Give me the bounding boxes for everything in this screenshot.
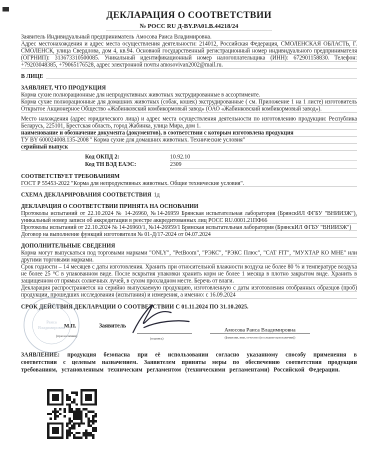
svg-text:АМОСОВА: АМОСОВА xyxy=(36,303,63,313)
protocols-line-1: Протоколы испытаний от 22.10.2024 № 14-2… xyxy=(21,210,357,224)
qr-code xyxy=(47,389,97,439)
scheme-label: СХЕМА ДЕКЛАРИРОВАНИЯ СООТВЕТСТВИЯ xyxy=(21,192,151,199)
signature-line xyxy=(137,334,192,335)
applicant-line: Заявитель Индивидуальный предприниматель… xyxy=(21,34,357,41)
signatory-name-block: Амосова Раиса Владимировна (фамилия, имя… xyxy=(210,327,310,342)
applicant-sign-label: Заявитель xyxy=(99,323,126,330)
tnved-value: 2309 xyxy=(170,161,357,169)
manufacturer-address: Место нахождения (адрес юридического лиц… xyxy=(21,116,357,130)
docs-header: наименование и обозначение документа (до… xyxy=(21,130,357,137)
handwritten-signature xyxy=(129,300,199,336)
safety-statement: ЗАЯВЛЕНИЕ: продукция безопасна при её ис… xyxy=(21,352,357,375)
protocols-line-2: Протоколы испытаний от 22.10.2024 № 14-2… xyxy=(21,224,357,231)
product-line-1: Корма сухие полнорационные для непродукт… xyxy=(21,92,357,99)
product-line-2: Корма сухие полнорационные для домашних … xyxy=(21,99,357,113)
in-person-row: В ЛИЦЕ xyxy=(21,73,357,80)
in-person-header: В ЛИЦЕ xyxy=(21,73,43,80)
brands-line: Корма могут выпускаться под торговыми ма… xyxy=(21,250,357,264)
okpd-value: 10.92.10 xyxy=(170,154,357,162)
stamp-name-line1: Раиса xyxy=(46,320,56,325)
stamp-name-line2: Владимировна xyxy=(38,325,65,330)
signature-note: (подпись) xyxy=(150,336,163,343)
scheme-value: 1д xyxy=(154,192,160,199)
stamp-place-note: (при наличии) xyxy=(56,333,77,340)
conformity-header: СООТВЕТСТВУЕТ ТРЕБОВАНИЯМ xyxy=(21,173,357,180)
applicant-address: Адрес местонахождения и адрес места осущ… xyxy=(21,41,357,69)
contract-line: Договор на выполнение функций изготовите… xyxy=(21,231,357,238)
stamp-arc-text: АМОСОВА xyxy=(36,303,63,313)
signatory-name-note: (фамилия, имя, отчество (последнее при н… xyxy=(210,335,310,342)
scheme-row: СХЕМА ДЕКЛАРИРОВАНИЯ СООТВЕТСТВИЯ 1д xyxy=(21,192,357,199)
gost-line: ГОСТ Р 55453-2022 "Корма для непродуктив… xyxy=(21,180,357,187)
signature-block: АМОСОВА Раиса Владимировна М.П. (при нал… xyxy=(21,311,357,348)
declaration-document: ДЕКЛАРАЦИЯ О СООТВЕТСТВИИ № РОСС RU Д-BY… xyxy=(0,0,375,450)
document-number: № РОСС RU Д-BY.РА01.В.44218/24 xyxy=(107,22,272,31)
product-section-header: ЗАЯВЛЯЕТ, ЧТО ПРОДУКЦИЯ xyxy=(21,85,357,92)
signatory-name: Амосова Раиса Владимировна xyxy=(210,327,310,335)
tnved-row: Код ТН ВЭД ЕАЭС: 2309 xyxy=(21,161,357,169)
scan-artifact xyxy=(3,7,10,12)
serial-issue-line: серийный выпуск xyxy=(21,144,357,151)
additional-header: ДОПОЛНИТЕЛЬНЫЕ СВЕДЕНИЯ xyxy=(21,243,357,250)
okpd-row: Код ОКПД 2: 10.92.10 xyxy=(21,154,357,162)
blank-dotted-line xyxy=(46,79,357,80)
okpd-label: Код ОКПД 2: xyxy=(85,154,170,162)
page-title: ДЕКЛАРАЦИЯ О СООТВЕТСТВИИ xyxy=(21,10,357,21)
storage-line: Срок годности – 14 месяцев с даты изгото… xyxy=(21,264,357,285)
tnved-label: Код ТН ВЭД ЕАЭС: xyxy=(85,161,170,169)
stamp-place-label: М.П. xyxy=(64,323,76,330)
tu-line: ТУ BY 600024008.135-2008 " Корма сухие д… xyxy=(21,137,357,144)
basis-header: ДЕКЛАРАЦИЯ О СООТВЕТСТВИИ ПРИНЯТА НА ОСН… xyxy=(21,203,357,210)
